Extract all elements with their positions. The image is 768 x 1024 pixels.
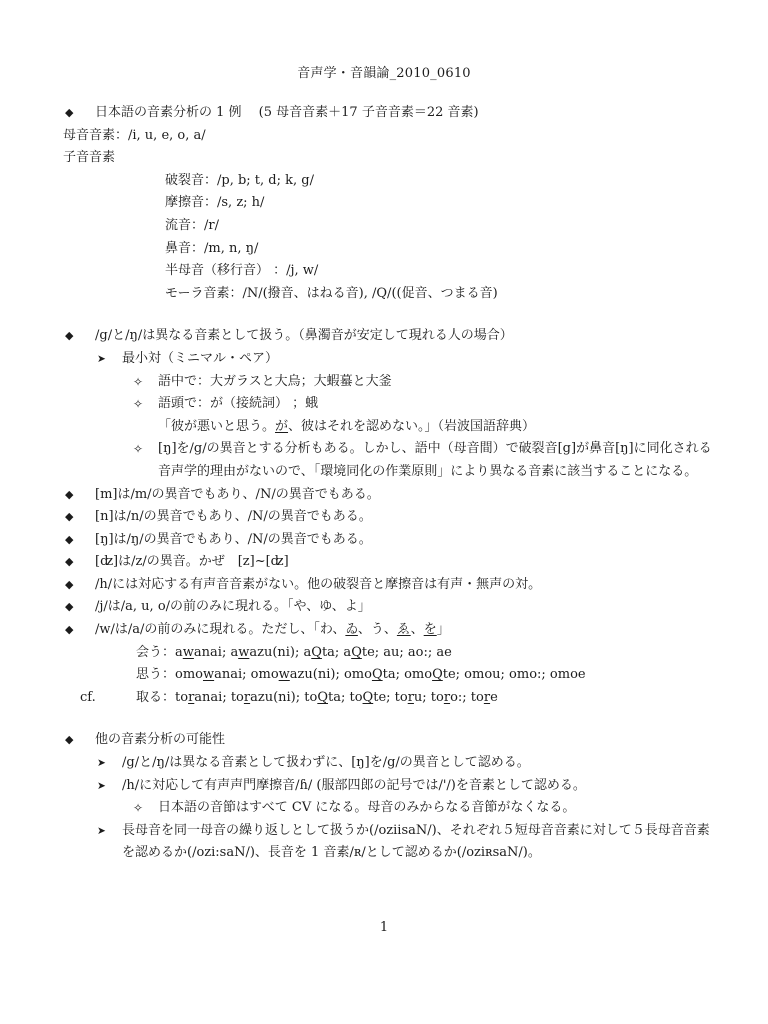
doc-line-text: を認めるか(/ozi:saN/)、長音を 1 音素/ʀ/として認めるか(/ozi… [122, 845, 541, 860]
doc-line: ◆他の音素分析の可能性 [0, 729, 768, 752]
black-diamond-bullet-icon: ◆ [65, 551, 73, 574]
doc-line: ➤/h/に対応して有声声門摩擦音/ɦ/ (服部四郎の記号では/'/)を音素として… [0, 775, 768, 798]
doc-line: ✧[ŋ]を/g/の異音とする分析もある。しかし、語中（母音間）で破裂音[g]が鼻… [0, 438, 768, 461]
doc-line: ➤最小対（ミニマル・ペア） [0, 348, 768, 371]
black-diamond-bullet-icon: ◆ [65, 729, 73, 752]
doc-line-text: 語中で：大ガラスと大烏；大蝦蟇と大釜 [158, 374, 392, 389]
four-pointed-star-bullet-icon: ✧ [133, 371, 143, 394]
doc-line: ◆[n]は/n/の異音でもあり、/N/の異音でもある。 [0, 506, 768, 529]
doc-line: cf.取る：toranai; torazu(ni); toQta; toQte;… [0, 687, 768, 710]
page-number: 1 [0, 920, 768, 935]
black-diamond-bullet-icon: ◆ [65, 325, 73, 348]
doc-line-text: [ŋ]は/ŋ/の異音でもあり、/N/の異音でもある。 [95, 532, 372, 547]
doc-line-text: 思う：omowanai; omowazu(ni); omoQta; omoQte… [136, 667, 586, 682]
doc-line: 流音：/r/ [0, 215, 768, 238]
doc-line-text: [n]は/n/の異音でもあり、/N/の異音でもある。 [95, 509, 372, 524]
doc-line: 破裂音：/p, b; t, d; k, g/ [0, 170, 768, 193]
doc-line: 「彼が悪いと思う。が、彼はそれを認めない。」（岩波国語辞典） [0, 416, 768, 439]
doc-line: 半母音（移行音） ：/j, w/ [0, 260, 768, 283]
doc-line: ◆/h/には対応する有声音音素がない。他の破裂音と摩擦音は有声・無声の対。 [0, 574, 768, 597]
doc-line-text: [m]は/m/の異音でもあり、/N/の異音でもある。 [95, 487, 380, 502]
doc-line: ➤長母音を同一母音の繰り返しとして扱うか(/oziisaN/)、それぞれ５短母音… [0, 820, 768, 843]
doc-line-text: 日本語の音素分析の 1 例 (5 母音音素＋17 子音音素＝22 音素) [95, 105, 479, 120]
doc-line-text: 「彼が悪いと思う。が、彼はそれを認めない。」（岩波国語辞典） [158, 419, 535, 434]
doc-line-text: 鼻音：/m, n, ŋ/ [165, 241, 258, 256]
doc-line-text: /g/と/ŋ/は異なる音素として扱わずに、[ŋ]を/g/の異音として認める。 [122, 755, 530, 770]
doc-line-text: /h/に対応して有声声門摩擦音/ɦ/ (服部四郎の記号では/'/)を音素として認… [122, 778, 586, 793]
doc-line: 母音音素：/i, u, e, o, a/ [0, 125, 768, 148]
doc-line-text: /j/は/a, u, o/の前のみに現れる。「や、ゆ、よ」 [95, 599, 371, 614]
doc-line-text: 破裂音：/p, b; t, d; k, g/ [165, 173, 314, 188]
doc-line-text: 子音音素 [63, 150, 115, 165]
doc-line-text: [ʣ]は/z/の異音。かぜ [z]~[ʣ] [95, 554, 289, 569]
black-diamond-bullet-icon: ◆ [65, 574, 73, 597]
doc-line-text: 流音：/r/ [165, 218, 219, 233]
doc-line-text: 母音音素：/i, u, e, o, a/ [63, 128, 206, 143]
arrow-bullet-icon: ➤ [97, 752, 106, 775]
doc-line: ✧語中で：大ガラスと大烏；大蝦蟇と大釜 [0, 371, 768, 394]
doc-line-text: 他の音素分析の可能性 [95, 732, 225, 747]
doc-line-text: 音声学的理由がないので、「環境同化の作業原則」により異なる音素に該当することにな… [158, 464, 697, 479]
doc-line-text: 会う：awanai; awazu(ni); aQta; aQte; au; ao… [136, 645, 452, 660]
doc-line: ◆[m]は/m/の異音でもあり、/N/の異音でもある。 [0, 484, 768, 507]
doc-line: ◆/g/と/ŋ/は異なる音素として扱う。（鼻濁音が安定して現れる人の場合） [0, 325, 768, 348]
doc-line-text: モーラ音素：/N/(撥音、はねる音), /Q/((促音、つまる音) [165, 286, 498, 301]
doc-line-text: 半母音（移行音） ：/j, w/ [165, 263, 318, 278]
doc-line-text: 長母音を同一母音の繰り返しとして扱うか(/oziisaN/)、それぞれ５短母音音… [122, 823, 710, 838]
doc-line-text: 取る：toranai; torazu(ni); toQta; toQte; to… [136, 690, 498, 705]
doc-line: ◆[ʣ]は/z/の異音。かぜ [z]~[ʣ] [0, 551, 768, 574]
doc-line: ◆[ŋ]は/ŋ/の異音でもあり、/N/の異音でもある。 [0, 529, 768, 552]
black-diamond-bullet-icon: ◆ [65, 596, 73, 619]
four-pointed-star-bullet-icon: ✧ [133, 438, 143, 461]
doc-line: ◆日本語の音素分析の 1 例 (5 母音音素＋17 子音音素＝22 音素) [0, 102, 768, 125]
doc-line: 摩擦音：/s, z; h/ [0, 192, 768, 215]
doc-line-text: 日本語の音節はすべて CV になる。母音のみからなる音節がなくなる。 [158, 800, 575, 815]
black-diamond-bullet-icon: ◆ [65, 102, 73, 125]
black-diamond-bullet-icon: ◆ [65, 484, 73, 507]
doc-line-text: /w/は/a/の前のみに現れる。ただし、「わ、ゐ、う、ゑ、を」 [95, 622, 450, 637]
doc-line-text: 最小対（ミニマル・ペア） [122, 351, 278, 366]
cf-label: cf. [80, 687, 96, 710]
doc-line: を認めるか(/ozi:saN/)、長音を 1 音素/ʀ/として認めるか(/ozi… [0, 842, 768, 865]
doc-line: モーラ音素：/N/(撥音、はねる音), /Q/((促音、つまる音) [0, 283, 768, 306]
black-diamond-bullet-icon: ◆ [65, 529, 73, 552]
doc-line: 音声学的理由がないので、「環境同化の作業原則」により異なる音素に該当することにな… [0, 461, 768, 484]
doc-line-text: /h/には対応する有声音音素がない。他の破裂音と摩擦音は有声・無声の対。 [95, 577, 541, 592]
arrow-bullet-icon: ➤ [97, 820, 106, 843]
doc-line: 会う：awanai; awazu(ni); aQta; aQte; au; ao… [0, 642, 768, 665]
doc-line: 思う：omowanai; omowazu(ni); omoQta; omoQte… [0, 664, 768, 687]
doc-line: ➤/g/と/ŋ/は異なる音素として扱わずに、[ŋ]を/g/の異音として認める。 [0, 752, 768, 775]
doc-line: ✧日本語の音節はすべて CV になる。母音のみからなる音節がなくなる。 [0, 797, 768, 820]
document-body: ◆日本語の音素分析の 1 例 (5 母音音素＋17 子音音素＝22 音素)母音音… [0, 102, 768, 865]
doc-line: 子音音素 [0, 147, 768, 170]
arrow-bullet-icon: ➤ [97, 775, 106, 798]
doc-line: 鼻音：/m, n, ŋ/ [0, 238, 768, 261]
doc-line-text: /g/と/ŋ/は異なる音素として扱う。（鼻濁音が安定して現れる人の場合） [95, 328, 513, 343]
four-pointed-star-bullet-icon: ✧ [133, 797, 143, 820]
doc-line: ◆/j/は/a, u, o/の前のみに現れる。「や、ゆ、よ」 [0, 596, 768, 619]
doc-line: ◆/w/は/a/の前のみに現れる。ただし、「わ、ゐ、う、ゑ、を」 [0, 619, 768, 642]
doc-line: ✧語頭で：が（接続詞） ；蛾 [0, 393, 768, 416]
black-diamond-bullet-icon: ◆ [65, 506, 73, 529]
doc-line-text: [ŋ]を/g/の異音とする分析もある。しかし、語中（母音間）で破裂音[g]が鼻音… [158, 441, 712, 456]
document-header-title: 音声学・音韻論_2010_0610 [0, 0, 768, 82]
doc-line-text: 語頭で：が（接続詞） ；蛾 [158, 396, 318, 411]
black-diamond-bullet-icon: ◆ [65, 619, 73, 642]
arrow-bullet-icon: ➤ [97, 348, 106, 371]
document-page: 音声学・音韻論_2010_0610 ◆日本語の音素分析の 1 例 (5 母音音素… [0, 0, 768, 1024]
doc-line-text: 摩擦音：/s, z; h/ [165, 195, 264, 210]
four-pointed-star-bullet-icon: ✧ [133, 393, 143, 416]
